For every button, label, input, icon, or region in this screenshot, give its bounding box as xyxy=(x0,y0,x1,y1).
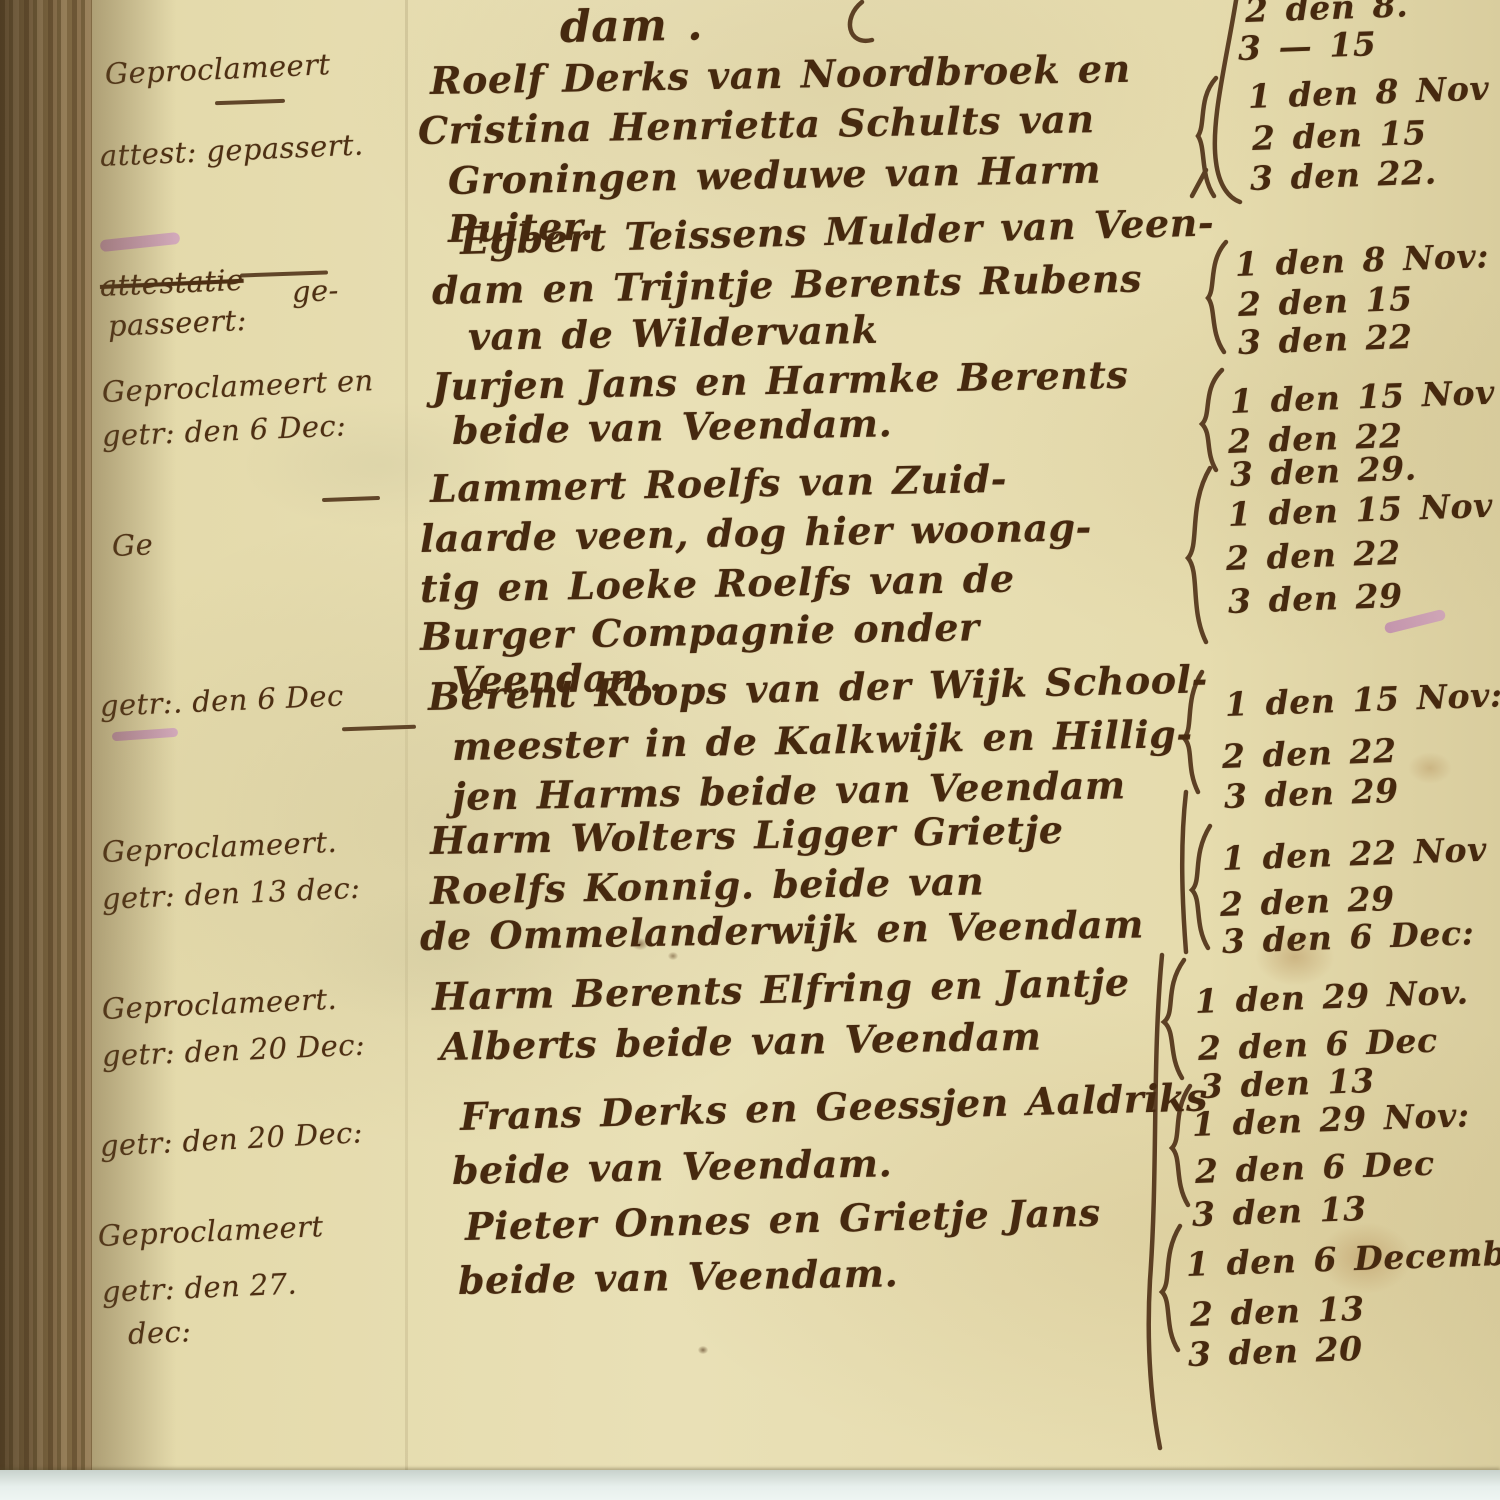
proclamation-date-line: 1 den 29 Nov. xyxy=(1194,975,1469,1018)
ditto-dash xyxy=(215,99,285,105)
binding-shadow xyxy=(92,0,177,1500)
carryover-text: dam . xyxy=(560,4,704,50)
entry-text-line: Lammert Roelfs van Zuid- xyxy=(430,460,1008,508)
entry-text-line: de Ommelanderwijk en Veendam xyxy=(420,905,1145,956)
entry-text-line: van de Wildervank xyxy=(468,311,879,356)
entry-text-line: meester in de Kalkwijk en Hillig- xyxy=(452,715,1193,766)
page-crease xyxy=(405,0,408,1472)
proclamation-date-line: 2 den 15 xyxy=(1251,116,1427,155)
proclamation-date-line: 3 den 29 xyxy=(1227,579,1403,618)
proclamation-date-line: 2 den 8. xyxy=(1244,0,1408,27)
proclamation-date-line: 1 den 15 Nov xyxy=(1229,376,1495,418)
entry-text-line: laarde veen, dog hier woonag- xyxy=(420,508,1092,558)
entry-text-line: tig en Loeke Roelfs van de xyxy=(420,560,1015,608)
proclamation-date-line: 1 den 15 Nov: xyxy=(1224,678,1500,721)
entry-text-line: Pieter Onnes en Grietje Jans xyxy=(465,1194,1101,1246)
proclamation-date-line: 3 den 20 xyxy=(1187,1332,1363,1371)
proclamation-date-line: 3 — 15 xyxy=(1237,27,1377,65)
proclamation-date-line: 1 den 6 Decemb xyxy=(1185,1237,1500,1281)
entry-text-line: Roelfs Konnig. beide van xyxy=(430,862,985,910)
entry-text-line: Groningen weduwe van Harm xyxy=(448,151,1102,200)
proclamation-date-line: 2 den 22 xyxy=(1221,734,1397,773)
entry-text-line: beide van Veendam. xyxy=(452,1144,893,1190)
proclamation-date-line: 2 den 6 Dec xyxy=(1197,1024,1438,1065)
proclamation-date-line: 1 den 29 Nov: xyxy=(1191,1098,1470,1141)
proclamation-date-line: 2 den 15 xyxy=(1237,282,1413,321)
entry-text-line: Cristina Henrietta Schults van xyxy=(418,100,1095,150)
proclamation-date-line: 3 den 29 xyxy=(1223,774,1399,813)
entry-text-line: Harm Wolters Ligger Grietje xyxy=(430,811,1064,860)
margin-note: ge- xyxy=(291,276,339,307)
entry-text-line: Harm Berents Elfring en Jantje xyxy=(432,963,1130,1016)
proclamation-date-line: 3 den 13 xyxy=(1199,1064,1375,1103)
proclamation-date-line: 3 den 29. xyxy=(1229,451,1417,491)
entry-text-line: Frans Derks en Geessjen Aaldriks xyxy=(460,1078,1209,1136)
proclamation-date-line: 2 den 13 xyxy=(1189,1292,1365,1331)
entry-text-line: Burger Compagnie onder xyxy=(420,608,980,656)
entry-text-line: beide van Veendam. xyxy=(452,404,893,450)
proclamation-date-line: 3 den 6 Dec: xyxy=(1221,916,1475,958)
scanner-bottom-edge xyxy=(0,1470,1500,1500)
proclamation-date-line: 1 den 15 Nov xyxy=(1227,489,1493,531)
entry-text-line: beide van Veendam. xyxy=(458,1254,899,1300)
entry-text-line: Alberts beide van Veendam xyxy=(440,1018,1042,1066)
proclamation-date-line: 1 den 22 Nov xyxy=(1221,833,1487,875)
proclamation-date-line: 3 den 22. xyxy=(1249,155,1437,195)
ink-spot xyxy=(698,1346,708,1354)
proclamation-date-line: 1 den 8 Nov xyxy=(1247,72,1489,113)
foxing-stain xyxy=(1408,752,1452,784)
proclamation-date-line: 3 den 22 xyxy=(1237,320,1413,359)
proclamation-date-line: 2 den 6 Dec xyxy=(1194,1147,1435,1188)
register-page: dam . 2 den 8. 3 — 15 Geproclameert atte… xyxy=(0,0,1500,1500)
proclamation-date-line: 2 den 29 xyxy=(1219,882,1395,921)
entry-text-line: Jurjen Jans en Harmke Berents xyxy=(432,356,1129,406)
proclamation-date-line: 1 den 8 Nov: xyxy=(1234,239,1489,281)
entry-text-line: dam en Trijntje Berents Rubens xyxy=(432,260,1143,310)
proclamation-date-line: 2 den 22 xyxy=(1225,536,1401,575)
proclamation-date-line: 3 den 13 xyxy=(1191,1192,1367,1231)
entry-text-line: Roelf Derks van Noordbroek en xyxy=(430,50,1131,100)
book-binding-edge xyxy=(0,0,92,1500)
